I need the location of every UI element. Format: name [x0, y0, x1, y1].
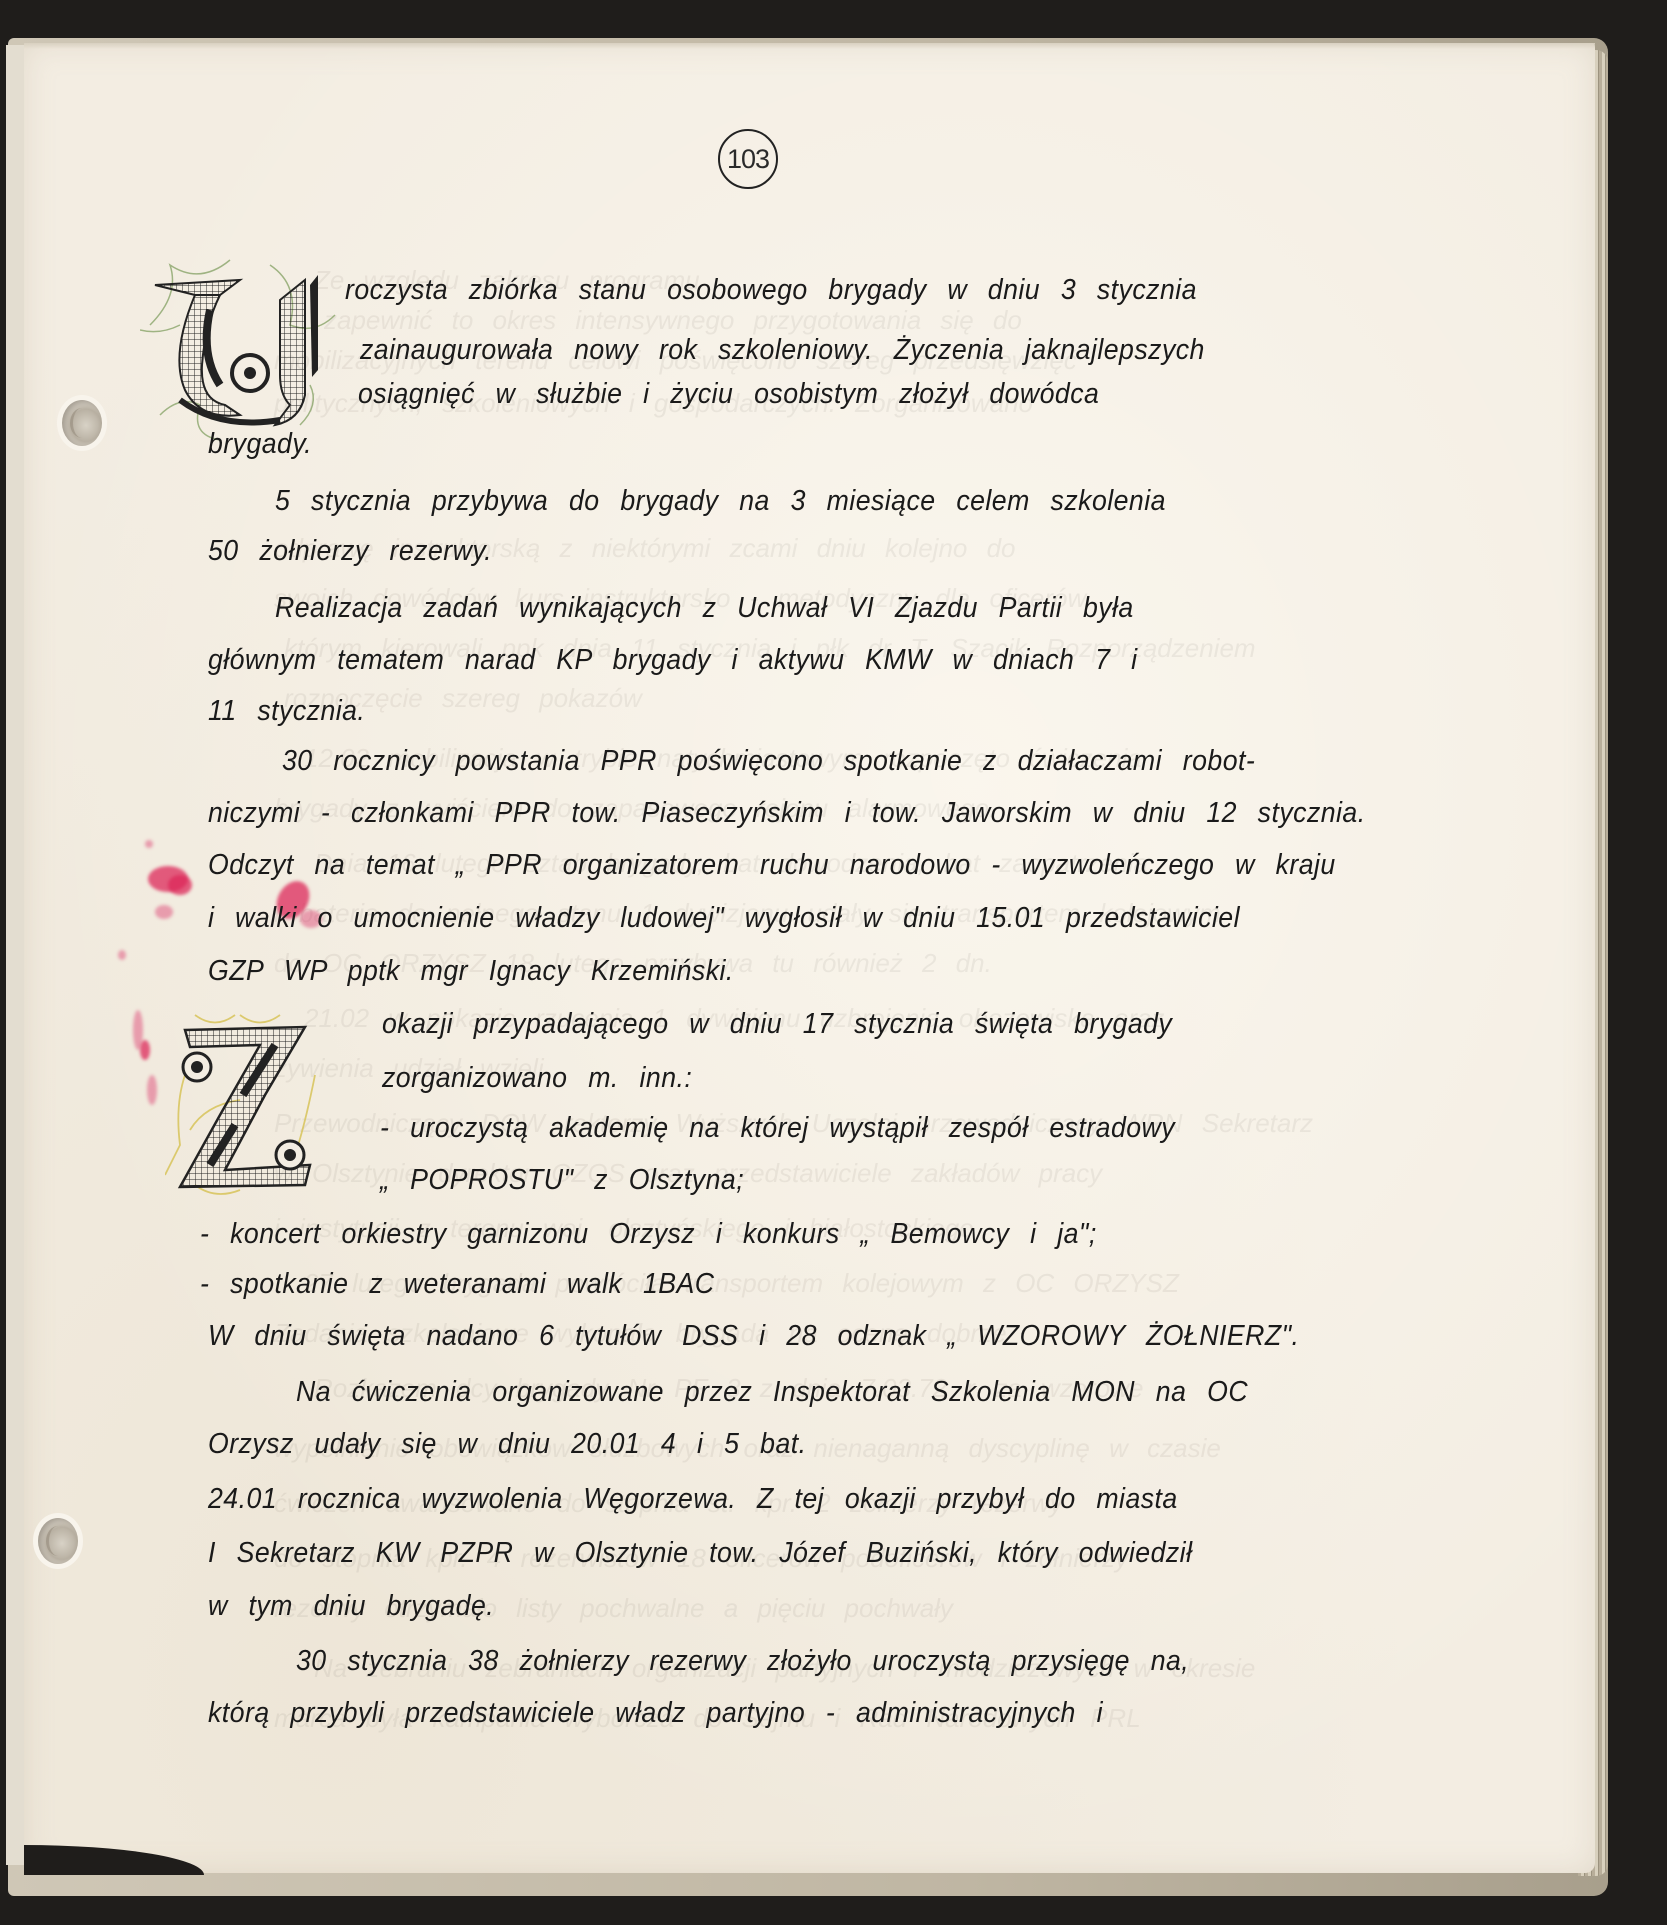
text-line: zorganizowano m. inn.: — [382, 1062, 692, 1095]
text-line: zainaugurowała nowy rok szkoleniowy. Życ… — [360, 334, 1205, 367]
text-line: osiągnięć w służbie i życiu osobistym zł… — [358, 378, 1099, 411]
initial-u-icon — [140, 255, 340, 445]
text-line: I Sekretarz KW PZPR w Olsztynie tow. Józ… — [208, 1537, 1192, 1570]
decorative-initial-z — [165, 1005, 375, 1205]
text-line: 5 stycznia przybywa do brygady na 3 mies… — [275, 485, 1166, 518]
text-line: w tym dniu brygadę. — [208, 1590, 494, 1623]
text-line: - koncert orkiestry garnizonu Orzysz i k… — [200, 1218, 1097, 1251]
page-number: 103 — [718, 129, 778, 189]
text-line: Realizacja zadań wynikających z Uchwał V… — [275, 592, 1134, 625]
punch-hole-top — [62, 400, 102, 446]
text-line: 24.01 rocznica wyzwolenia Węgorzewa. Z t… — [208, 1483, 1178, 1516]
text-line: brygady. — [208, 428, 312, 461]
text-line: okazji przypadającego w dniu 17 stycznia… — [382, 1008, 1172, 1041]
text-line: Odczyt na temat „ PPR organizatorem ruch… — [208, 849, 1336, 882]
text-line: 11 stycznia. — [208, 695, 365, 728]
text-line: 30 stycznia 38 żołnierzy rezerwy złożyło… — [296, 1645, 1189, 1678]
decorative-initial-u — [140, 255, 340, 445]
text-line: głównym tematem narad KP brygady i aktyw… — [208, 644, 1138, 677]
text-line: - uroczystą akademię na której wystąpił … — [380, 1112, 1175, 1145]
text-line: 50 żołnierzy rezerwy. — [208, 535, 492, 568]
text-line: roczysta zbiórka stanu osobowego brygady… — [345, 274, 1197, 307]
punch-hole-bottom — [38, 1518, 78, 1564]
text-line: niczymi - członkami PPR tow. Piaseczyńsk… — [208, 797, 1366, 830]
text-line: „ POPROSTU" z Olsztyna; — [380, 1164, 744, 1197]
text-line: Na ćwiczenia organizowane przez Inspekto… — [296, 1376, 1248, 1409]
initial-z-icon — [165, 1005, 375, 1205]
text-line: W dniu święta nadano 6 tytułów DSS i 28 … — [208, 1320, 1299, 1353]
text-line: i walki o umocnienie władzy ludowej" wyg… — [208, 902, 1240, 935]
text-line: którą przybyli przedstawiciele władz par… — [208, 1697, 1103, 1730]
text-line: Orzysz udały się w dniu 20.01 4 i 5 bat. — [208, 1428, 807, 1461]
text-line: - spotkanie z weteranami walk 1BAC — [200, 1268, 715, 1301]
text-line: GZP WP pptk mgr Ignacy Krzemiński. — [208, 955, 734, 988]
text-line: 30 rocznicy powstania PPR poświęcono spo… — [282, 745, 1255, 778]
